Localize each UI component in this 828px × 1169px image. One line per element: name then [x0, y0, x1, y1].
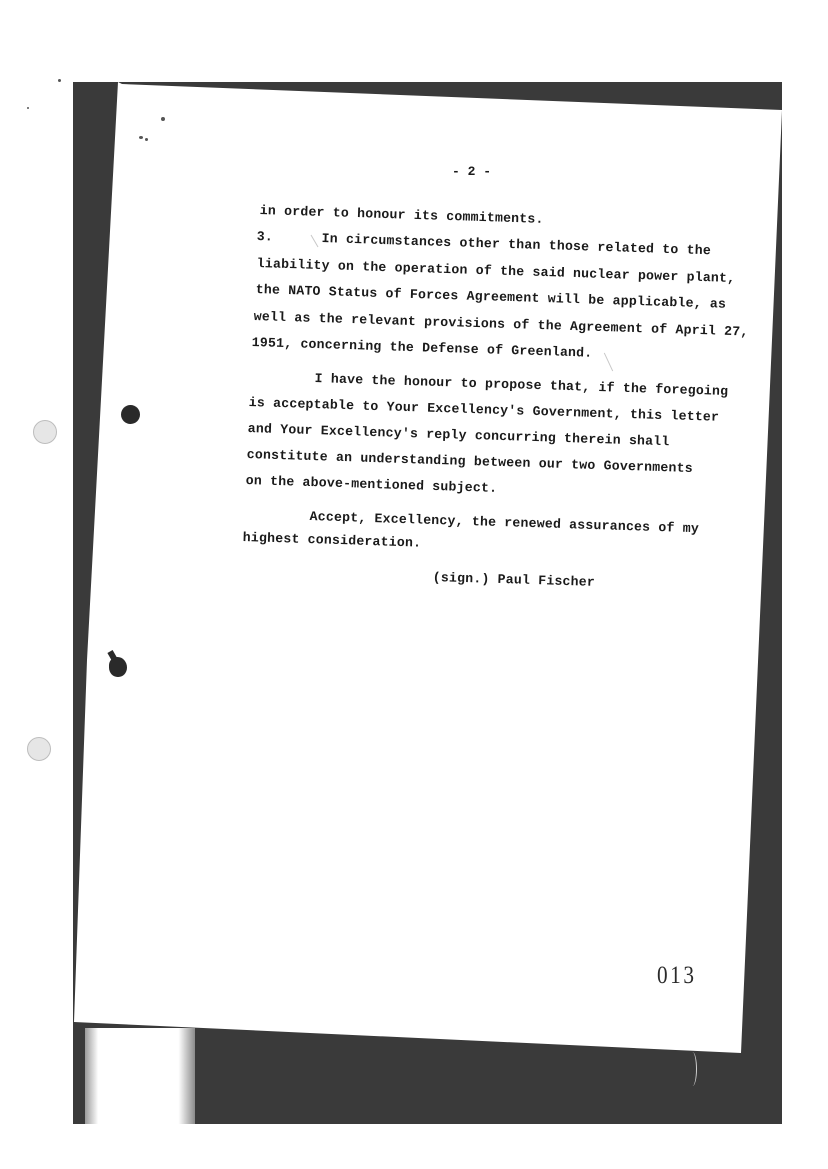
punch-hole-upper [33, 420, 57, 444]
dust-speck [58, 79, 61, 82]
dust-speck [161, 117, 165, 121]
ink-spot-lower [109, 657, 127, 677]
dust-speck [139, 136, 143, 139]
scanner-light-patch [85, 1028, 195, 1124]
punch-hole-lower [27, 737, 51, 761]
scan-hair-artifact [688, 1052, 697, 1086]
paper-sheet [0, 0, 828, 1169]
ink-spot-upper [121, 405, 140, 424]
page-number-marker: - 2 - [452, 164, 491, 179]
dust-speck [27, 107, 29, 109]
archive-stamp-number: 013 [657, 962, 697, 990]
dust-speck [145, 138, 148, 141]
